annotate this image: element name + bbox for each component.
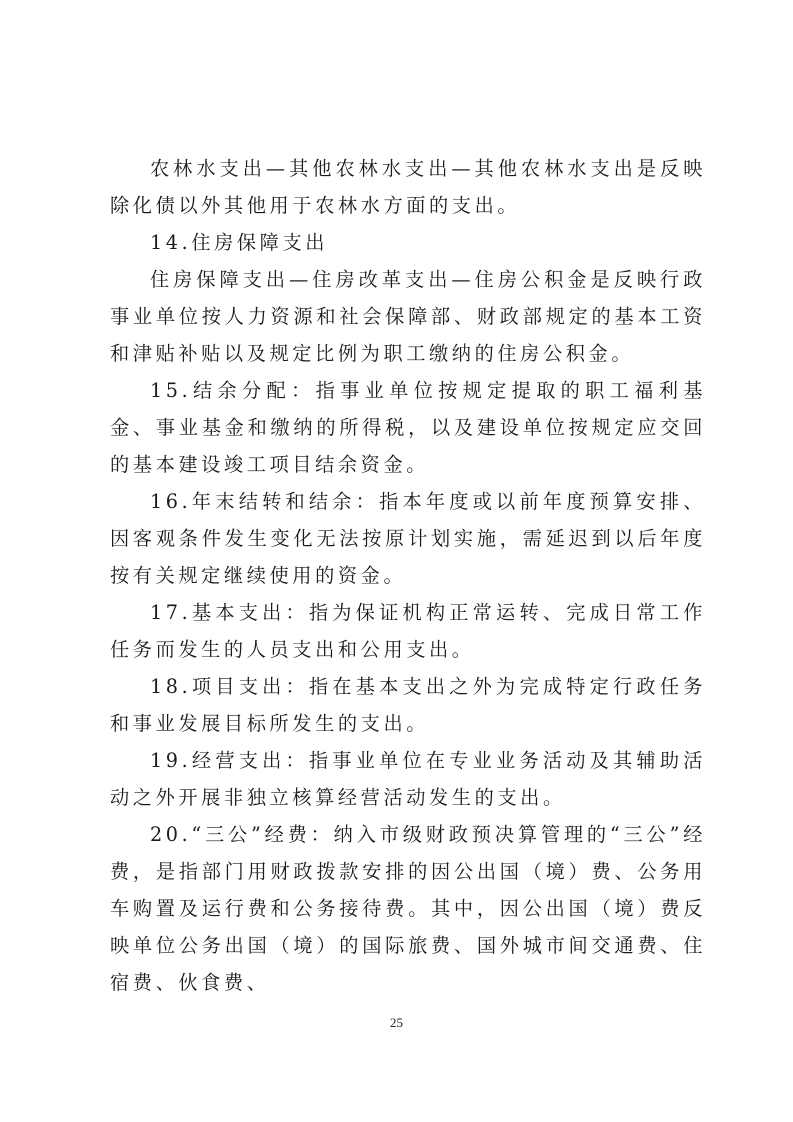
paragraph-surplus-distribution: 15.结余分配：指事业单位按规定提取的职工福利基金、事业基金和缴纳的所得税，以及… xyxy=(110,372,706,483)
heading-housing-support: 14.住房保障支出 xyxy=(110,224,706,261)
paragraph-project-expenditure: 18.项目支出：指在基本支出之外为完成特定行政任务和事业发展目标所发生的支出。 xyxy=(110,668,706,742)
paragraph-operating-expenditure: 19.经营支出：指事业单位在专业业务活动及其辅助活动之外开展非独立核算经营活动发… xyxy=(110,742,706,816)
paragraph-year-end-carryover: 16.年末结转和结余：指本年度或以前年度预算安排、因客观条件发生变化无法按原计划… xyxy=(110,483,706,594)
document-body: 农林水支出—其他农林水支出—其他农林水支出是反映除化债以外其他用于农林水方面的支… xyxy=(110,150,706,1001)
page-number: 25 xyxy=(0,1015,793,1031)
paragraph-three-public-expenses: 20.“三公”经费：纳入市级财政预决算管理的“三公”经费，是指部门用财政拨款安排… xyxy=(110,816,706,1001)
paragraph-housing-fund: 住房保障支出—住房改革支出—住房公积金是反映行政事业单位按人力资源和社会保障部、… xyxy=(110,261,706,372)
paragraph-agri-other: 农林水支出—其他农林水支出—其他农林水支出是反映除化债以外其他用于农林水方面的支… xyxy=(110,150,706,224)
paragraph-basic-expenditure: 17.基本支出：指为保证机构正常运转、完成日常工作任务而发生的人员支出和公用支出… xyxy=(110,594,706,668)
